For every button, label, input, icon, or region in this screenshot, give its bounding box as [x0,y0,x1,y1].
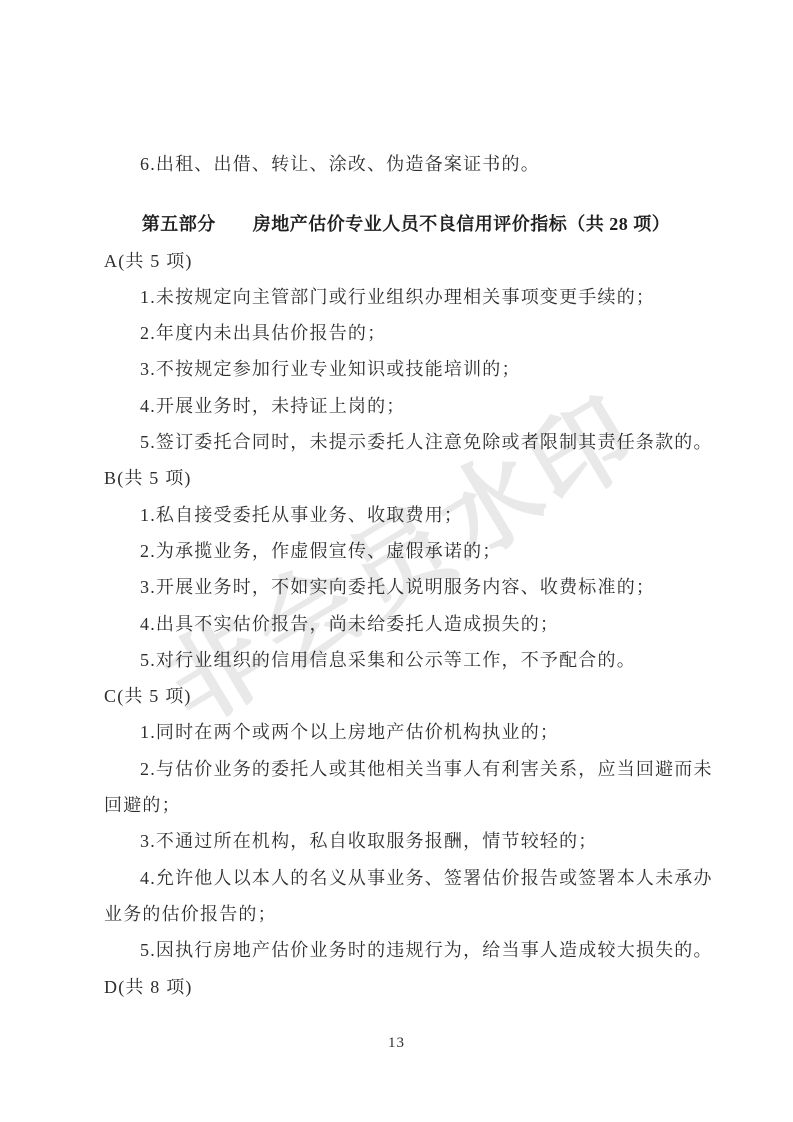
text-line-12: 3.开展业务时，不如实向委托人说明服务内容、收费标准的； [104,569,708,605]
text-line-4: 1.未按规定向主管部门或行业组织办理相关事项变更手续的； [104,279,708,315]
text-line-1: 6.出租、出借、转让、涂改、伪造备案证书的。 [104,146,708,182]
text-line-7: 4.开展业务时，未持证上岗的； [104,388,708,424]
page-number: 13 [0,1035,793,1052]
text-line-15: C(共 5 项) [104,678,708,714]
text-line-23: D(共 8 项) [104,969,708,1005]
text-line-17: 2.与估价业务的委托人或其他相关当事人有利害关系，应当回避而未 [104,751,708,787]
text-line-20: 4.允许他人以本人的名义从事业务、签署估价报告或签署本人未承办 [104,860,708,896]
text-line-21: 业务的估价报告的； [104,896,708,932]
text-line-6: 3.不按规定参加行业专业知识或技能培训的； [104,351,708,387]
text-line-11: 2.为承揽业务，作虚假宣传、虚假承诺的； [104,533,708,569]
text-line-2: 第五部分 房地产估价专业人员不良信用评价指标（共 28 项） [104,206,708,242]
text-line-3: A(共 5 项) [104,243,708,279]
text-line-18: 回避的； [104,787,708,823]
text-line-13: 4.出具不实估价报告，尚未给委托人造成损失的； [104,606,708,642]
text-line-14: 5.对行业组织的信用信息采集和公示等工作，不予配合的。 [104,642,708,678]
document-page: 非会员水印 6.出租、出借、转让、涂改、伪造备案证书的。第五部分 房地产估价专业… [0,0,793,1122]
text-line-10: 1.私自接受委托从事业务、收取费用； [104,497,708,533]
text-line-8: 5.签订委托合同时，未提示委托人注意免除或者限制其责任条款的。 [104,424,708,460]
text-line-22: 5.因执行房地产估价业务时的违规行为，给当事人造成较大损失的。 [104,932,708,968]
text-line-16: 1.同时在两个或两个以上房地产估价机构执业的； [104,714,708,750]
text-line-5: 2.年度内未出具估价报告的； [104,315,708,351]
document-body: 6.出租、出借、转让、涂改、伪造备案证书的。第五部分 房地产估价专业人员不良信用… [104,146,708,1005]
text-line-19: 3.不通过所在机构，私自收取服务报酬，情节较轻的； [104,823,708,859]
text-line-9: B(共 5 项) [104,460,708,496]
